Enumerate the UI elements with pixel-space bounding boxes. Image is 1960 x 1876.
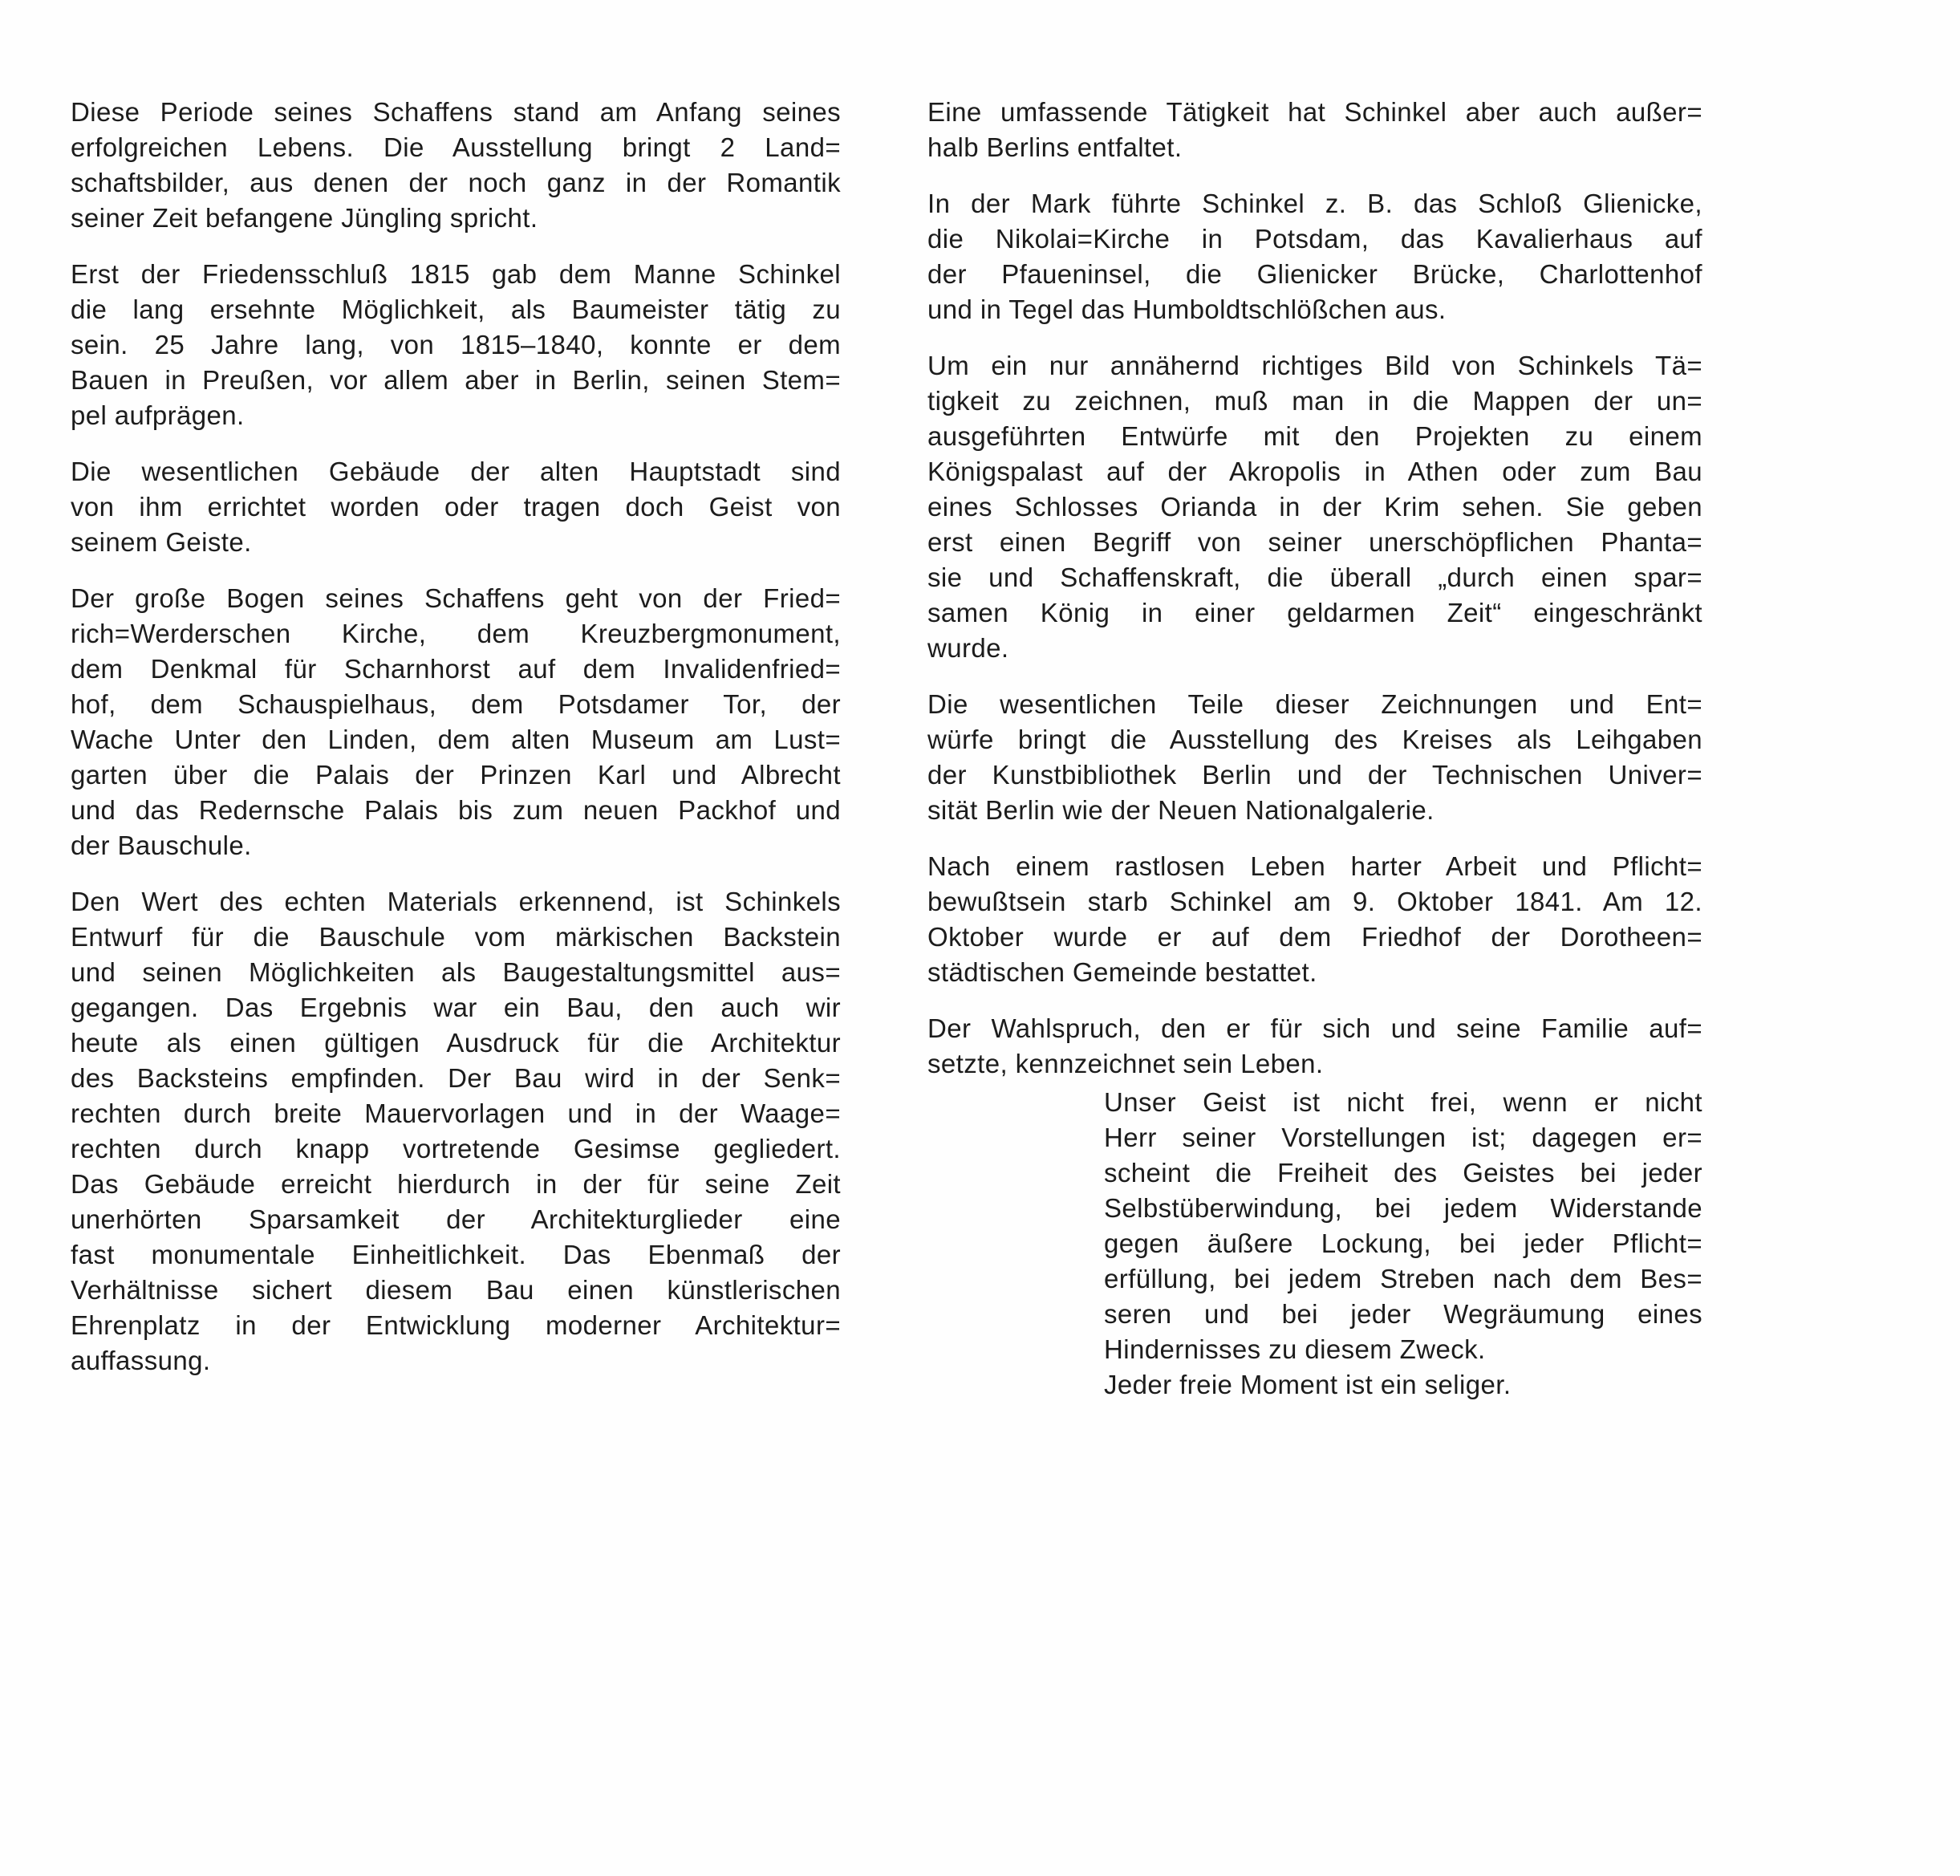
paragraph: Eine umfassende Tätigkeit hat Schinkel a… xyxy=(927,95,1702,165)
text-line: der Bauschule. xyxy=(71,828,841,863)
text-line: halb Berlins entfaltet. xyxy=(927,130,1702,165)
quote-line: Hindernisses zu diesem Zweck. xyxy=(1104,1332,1702,1367)
text-line: Eine umfassende Tätigkeit hat Schinkel a… xyxy=(927,95,1702,130)
text-line: sein. 25 Jahre lang, von 1815–1840, konn… xyxy=(71,327,841,363)
paragraph: Den Wert des echten Materials erkennend,… xyxy=(71,884,841,1379)
paragraph: Diese Periode seines Schaffens stand am … xyxy=(71,95,841,236)
text-line: unerhörten Sparsamkeit der Architekturgl… xyxy=(71,1202,841,1237)
text-line: Entwurf für die Bauschule vom märkischen… xyxy=(71,920,841,955)
text-line: schaftsbilder, aus denen der noch ganz i… xyxy=(71,165,841,201)
text-line: Ehrenplatz in der Entwicklung moderner A… xyxy=(71,1308,841,1343)
motto-quote: Unser Geist ist nicht frei, wenn er nich… xyxy=(1104,1085,1702,1403)
paragraph: Der große Bogen seines Schaffens geht vo… xyxy=(71,581,841,863)
text-line: würfe bringt die Ausstellung des Kreises… xyxy=(927,722,1702,757)
text-line: Wache Unter den Linden, dem alten Museum… xyxy=(71,722,841,757)
text-line: Erst der Friedensschluß 1815 gab dem Man… xyxy=(71,257,841,292)
quote-line: Herr seiner Vorstellungen ist; dagegen e… xyxy=(1104,1120,1702,1155)
left-column: Diese Periode seines Schaffens stand am … xyxy=(71,95,841,1399)
document-page: Diese Periode seines Schaffens stand am … xyxy=(0,0,1960,1876)
text-line: Königspalast auf der Akropolis in Athen … xyxy=(927,454,1702,489)
text-line: pel aufprägen. xyxy=(71,398,841,433)
paragraph: Die wesentlichen Teile dieser Zeichnunge… xyxy=(927,687,1702,828)
text-line: und in Tegel das Humboldtschlößchen aus. xyxy=(927,292,1702,327)
text-line: der Kunstbibliothek Berlin und der Techn… xyxy=(927,757,1702,793)
text-line: wurde. xyxy=(927,631,1702,666)
text-line: und seinen Möglichkeiten als Baugestaltu… xyxy=(71,955,841,990)
text-line: Der große Bogen seines Schaffens geht vo… xyxy=(71,581,841,616)
text-line: tigkeit zu zeichnen, muß man in die Mapp… xyxy=(927,384,1702,419)
paragraph: Die wesentlichen Gebäude der alten Haupt… xyxy=(71,454,841,560)
text-line: ausgeführten Entwürfe mit den Projekten … xyxy=(927,419,1702,454)
text-line: Den Wert des echten Materials erkennend,… xyxy=(71,884,841,920)
text-line: der Pfaueninsel, die Glienicker Brücke, … xyxy=(927,257,1702,292)
text-line: sität Berlin wie der Neuen Nationalgaler… xyxy=(927,793,1702,828)
text-line: Oktober wurde er auf dem Friedhof der Do… xyxy=(927,920,1702,955)
text-line: In der Mark führte Schinkel z. B. das Sc… xyxy=(927,186,1702,221)
right-column: Eine umfassende Tätigkeit hat Schinkel a… xyxy=(927,95,1702,1403)
text-line: heute als einen gültigen Ausdruck für di… xyxy=(71,1025,841,1061)
text-line: eines Schlosses Orianda in der Krim sehe… xyxy=(927,489,1702,525)
text-line: die Nikolai=Kirche in Potsdam, das Kaval… xyxy=(927,221,1702,257)
text-line: erst einen Begriff von seiner unerschöpf… xyxy=(927,525,1702,560)
text-line: seiner Zeit befangene Jüngling spricht. xyxy=(71,201,841,236)
quote-line: scheint die Freiheit des Geistes bei jed… xyxy=(1104,1155,1702,1191)
text-line: auffassung. xyxy=(71,1343,841,1379)
quote-line: gegen äußere Lockung, bei jeder Pflicht= xyxy=(1104,1226,1702,1261)
quote-line: seren und bei jeder Wegräumung eines xyxy=(1104,1297,1702,1332)
text-line: Die wesentlichen Teile dieser Zeichnunge… xyxy=(927,687,1702,722)
text-line: sie und Schaffenskraft, die überall „dur… xyxy=(927,560,1702,595)
text-line: bewußtsein starb Schinkel am 9. Oktober … xyxy=(927,884,1702,920)
text-line: von ihm errichtet worden oder tragen doc… xyxy=(71,489,841,525)
text-line: Um ein nur annähernd richtiges Bild von … xyxy=(927,348,1702,384)
text-line: Der Wahlspruch, den er für sich und sein… xyxy=(927,1011,1702,1046)
text-line: samen König in einer geldarmen Zeit“ ein… xyxy=(927,595,1702,631)
quote-line: Unser Geist ist nicht frei, wenn er nich… xyxy=(1104,1085,1702,1120)
text-line: gegangen. Das Ergebnis war ein Bau, den … xyxy=(71,990,841,1025)
text-line: rechten durch breite Mauervorlagen und i… xyxy=(71,1096,841,1131)
text-line: Bauen in Preußen, vor allem aber in Berl… xyxy=(71,363,841,398)
text-line: dem Denkmal für Scharnhorst auf dem Inva… xyxy=(71,652,841,687)
text-line: und das Redernsche Palais bis zum neuen … xyxy=(71,793,841,828)
text-line: hof, dem Schauspielhaus, dem Potsdamer T… xyxy=(71,687,841,722)
text-line: Nach einem rastlosen Leben harter Arbeit… xyxy=(927,849,1702,884)
text-line: die lang ersehnte Möglichkeit, als Baume… xyxy=(71,292,841,327)
quote-closing-line: Jeder freie Moment ist ein seliger. xyxy=(1104,1367,1702,1403)
text-line: Verhältnisse sichert diesem Bau einen kü… xyxy=(71,1273,841,1308)
paragraph: Der Wahlspruch, den er für sich und sein… xyxy=(927,1011,1702,1082)
text-line: rechten durch knapp vortretende Gesimse … xyxy=(71,1131,841,1167)
text-line: seinem Geiste. xyxy=(71,525,841,560)
text-line: Diese Periode seines Schaffens stand am … xyxy=(71,95,841,130)
paragraph: In der Mark führte Schinkel z. B. das Sc… xyxy=(927,186,1702,327)
quote-line: Selbstüberwindung, bei jedem Widerstande xyxy=(1104,1191,1702,1226)
text-line: garten über die Palais der Prinzen Karl … xyxy=(71,757,841,793)
text-line: städtischen Gemeinde bestattet. xyxy=(927,955,1702,990)
text-line: Das Gebäude erreicht hierdurch in der fü… xyxy=(71,1167,841,1202)
text-line: rich=Werderschen Kirche, dem Kreuzbergmo… xyxy=(71,616,841,652)
paragraph: Um ein nur annähernd richtiges Bild von … xyxy=(927,348,1702,666)
quote-line: erfüllung, bei jedem Streben nach dem Be… xyxy=(1104,1261,1702,1297)
text-line: fast monumentale Einheitlichkeit. Das Eb… xyxy=(71,1237,841,1273)
paragraph: Nach einem rastlosen Leben harter Arbeit… xyxy=(927,849,1702,990)
text-line: setzte, kennzeichnet sein Leben. xyxy=(927,1046,1702,1082)
text-line: Die wesentlichen Gebäude der alten Haupt… xyxy=(71,454,841,489)
paragraph: Erst der Friedensschluß 1815 gab dem Man… xyxy=(71,257,841,433)
text-line: erfolgreichen Lebens. Die Ausstellung br… xyxy=(71,130,841,165)
text-line: des Backsteins empfinden. Der Bau wird i… xyxy=(71,1061,841,1096)
